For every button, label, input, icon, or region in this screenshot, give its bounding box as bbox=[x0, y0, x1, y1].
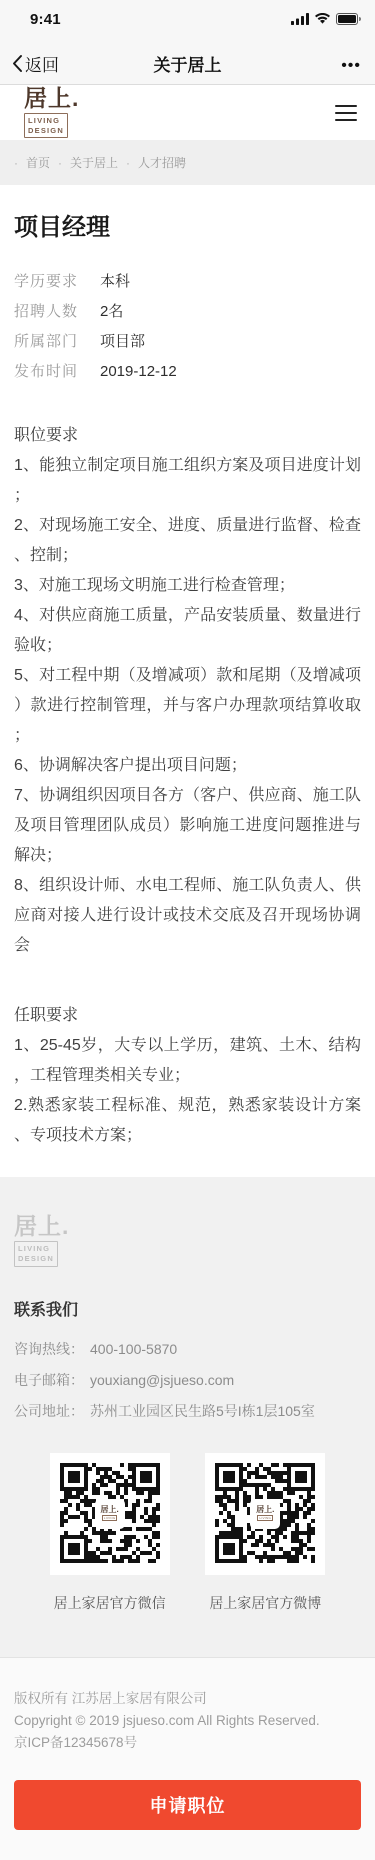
qualification-item: 2.熟悉家装工程标准、规范，熟悉家装设计方案、专项技术方案； bbox=[14, 1091, 361, 1151]
breadcrumb-separator: · bbox=[14, 156, 18, 170]
page-footer: 居上. LIVING DESIGN 联系我们 咨询热线： 400-100-587… bbox=[0, 1177, 375, 1657]
breadcrumb: · 首页 · 关于居上 · 人才招聘 bbox=[0, 140, 375, 185]
breadcrumb-recruit[interactable]: 人才招聘 bbox=[138, 154, 186, 171]
cellular-signal-icon bbox=[291, 13, 309, 25]
breadcrumb-home[interactable]: 首页 bbox=[26, 154, 50, 171]
breadcrumb-separator: · bbox=[126, 156, 130, 170]
requirement-item: 6、协调解决客户提出项目问题； bbox=[14, 751, 361, 781]
requirement-item: 8、组织设计师、水电工程师、施工队负责人、供应商对接人进行设计或技术交底及召开现… bbox=[14, 871, 361, 961]
contact-list: 咨询热线： 400-100-5870 电子邮箱： youxiang@jsjues… bbox=[14, 1334, 361, 1427]
wechat-qr-block: 居上. LIVING 居上家居官方微信 bbox=[50, 1453, 170, 1613]
copyright-section: 版权所有 江苏居上家居有限公司 Copyright © 2019 jsjueso… bbox=[0, 1657, 375, 1860]
contact-email: 电子邮箱： youxiang@jsjueso.com bbox=[14, 1365, 361, 1396]
qualifications-title: 任职要求 bbox=[14, 1001, 361, 1031]
brand-logo-text: 居上. bbox=[24, 87, 79, 110]
weibo-qr-tile: 居上. LIVING bbox=[205, 1453, 325, 1575]
contact-hotline: 咨询热线： 400-100-5870 bbox=[14, 1334, 361, 1365]
weibo-qr-caption: 居上家居官方微博 bbox=[209, 1593, 321, 1613]
back-button[interactable]: 返回 bbox=[12, 51, 59, 76]
qr-center-logo: 居上. LIVING bbox=[97, 1501, 123, 1527]
battery-icon bbox=[336, 13, 361, 25]
contact-address: 公司地址： 苏州工业园区民生路5号I栋1层105室 bbox=[14, 1396, 361, 1427]
back-label: 返回 bbox=[25, 51, 59, 76]
icp-number: 京ICP备12345678号 bbox=[14, 1732, 361, 1754]
field-department: 所属部门 项目部 bbox=[14, 327, 361, 357]
requirement-item: 3、对施工现场文明施工进行检查管理； bbox=[14, 571, 361, 601]
site-header: 居上. LIVING DESIGN bbox=[0, 85, 375, 140]
qr-code-row: 居上. LIVING 居上家居官方微信 居上. LIVING 居上家居官方微博 bbox=[14, 1453, 361, 1613]
requirement-item: 2、对现场施工安全、进度、质量进行监督、检查、控制； bbox=[14, 511, 361, 571]
apply-job-button[interactable]: 申请职位 bbox=[14, 1780, 361, 1830]
copyright-owner: 版权所有 江苏居上家居有限公司 bbox=[14, 1688, 361, 1710]
field-education: 学历要求 本科 bbox=[14, 267, 361, 297]
job-fields: 学历要求 本科 招聘人数 2名 所属部门 项目部 发布时间 2019-12-12 bbox=[14, 267, 361, 387]
requirement-item: 4、对供应商施工质量，产品安装质量、数量进行验收； bbox=[14, 601, 361, 661]
requirement-item: 7、协调组织因项目各方（客户、供应商、施工队及项目管理团队成员）影响施工进度问题… bbox=[14, 781, 361, 871]
requirement-item: 1、能独立制定项目施工组织方案及项目进度计划； bbox=[14, 451, 361, 511]
wifi-icon bbox=[314, 13, 331, 25]
contact-title: 联系我们 bbox=[14, 1297, 361, 1320]
footer-brand-logo-text: 居上. bbox=[14, 1215, 361, 1238]
job-detail: 项目经理 学历要求 本科 招聘人数 2名 所属部门 项目部 发布时间 2019-… bbox=[0, 185, 375, 1177]
back-chevron-icon bbox=[12, 54, 23, 73]
job-title: 项目经理 bbox=[14, 211, 361, 245]
qualification-item: 1、25-45岁，大专以上学历，建筑、土木、结构，工程管理类相关专业； bbox=[14, 1031, 361, 1091]
footer-brand-logo-subtext: LIVING DESIGN bbox=[14, 1241, 58, 1267]
field-headcount: 招聘人数 2名 bbox=[14, 297, 361, 327]
status-icons bbox=[291, 13, 361, 25]
breadcrumb-separator: · bbox=[58, 156, 62, 170]
qr-center-logo: 居上. LIVING bbox=[252, 1501, 278, 1527]
menu-icon[interactable] bbox=[335, 101, 357, 125]
copyright-notice: Copyright © 2019 jsjueso.com All Rights … bbox=[14, 1710, 361, 1732]
breadcrumb-about[interactable]: 关于居上 bbox=[70, 154, 118, 171]
nav-bar: 返回 关于居上 ••• bbox=[0, 32, 375, 85]
wechat-qr-caption: 居上家居官方微信 bbox=[54, 1593, 166, 1613]
more-menu-button[interactable]: ••• bbox=[341, 58, 361, 76]
status-time: 9:41 bbox=[30, 11, 61, 28]
weibo-qr-block: 居上. LIVING 居上家居官方微博 bbox=[205, 1453, 325, 1613]
status-bar: 9:41 bbox=[0, 0, 375, 32]
brand-logo[interactable]: 居上. LIVING DESIGN bbox=[24, 87, 79, 139]
field-publish-date: 发布时间 2019-12-12 bbox=[14, 357, 361, 387]
requirements-title: 职位要求 bbox=[14, 421, 361, 451]
requirement-item: 5、对工程中期（及增减项）款和尾期（及增减项）款进行控制管理，并与客户办理款项结… bbox=[14, 661, 361, 751]
wechat-qr-tile: 居上. LIVING bbox=[50, 1453, 170, 1575]
footer-brand-logo: 居上. LIVING DESIGN bbox=[14, 1215, 361, 1267]
brand-logo-subtext: LIVING DESIGN bbox=[24, 113, 68, 139]
